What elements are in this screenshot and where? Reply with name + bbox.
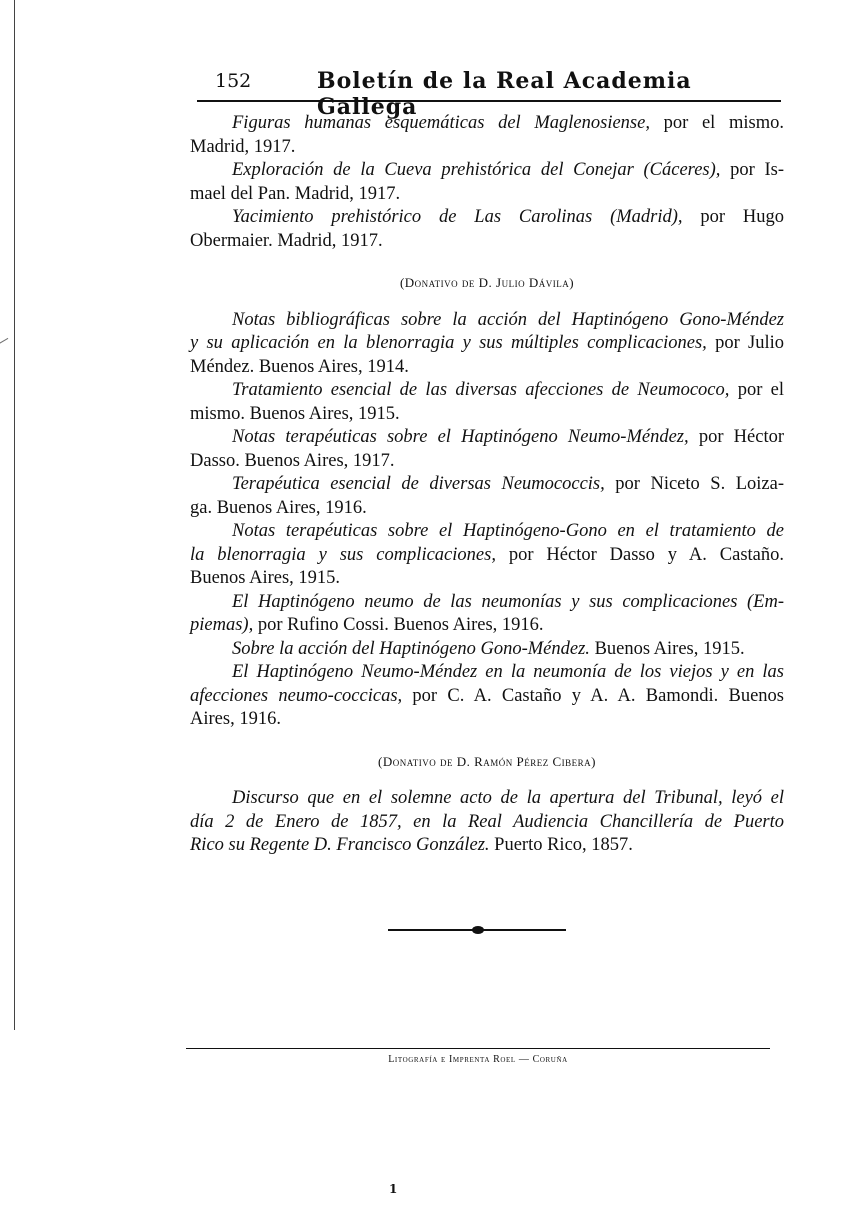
entry-line: Notas terapéuticas sobre el Haptinógeno-…	[190, 520, 784, 544]
entry-imprint-text: Buenos Aires, 1915.	[590, 639, 745, 659]
entry-line: Aires, 1916.	[190, 708, 784, 732]
entry-imprint-text: Aires, 1916.	[190, 709, 281, 729]
bibliography-entry: Exploración de la Cueva prehistórica del…	[190, 159, 784, 206]
entry-line: Notas bibliográficas sobre la acción del…	[190, 309, 784, 333]
bibliography-entry: El Haptinógeno neumo de las neumonías y …	[190, 591, 784, 638]
entry-line: piemas), por Rufino Cossi. Buenos Aires,…	[190, 614, 784, 638]
entry-imprint-text: por Julio	[707, 333, 784, 353]
entry-title-text: Notas terapéuticas sobre el Haptinógeno-…	[232, 521, 784, 541]
entry-title-text: Discurso que en el solemne acto de la ap…	[232, 788, 784, 808]
entry-imprint-text: por Hugo	[683, 207, 784, 227]
section-end-ornament	[388, 928, 566, 932]
bibliography-entry: Sobre la acción del Haptinógeno Gono-Mén…	[190, 638, 784, 662]
entry-line: la blenorragia y sus complicaciones, por…	[190, 544, 784, 568]
entry-imprint-text: Buenos Aires, 1915.	[190, 568, 340, 588]
entry-title-text: Yacimiento prehistórico de Las Carolinas…	[232, 207, 683, 227]
entry-title-text: día 2 de Enero de 1857, en la Real Audie…	[190, 812, 784, 832]
page-number: 152	[215, 70, 251, 92]
entries-group-3: Discurso que en el solemne acto de la ap…	[190, 787, 784, 858]
entry-line: El Haptinógeno neumo de las neumonías y …	[190, 591, 784, 615]
entry-title-text: El Haptinógeno Neumo-Méndez en la neumon…	[232, 662, 784, 682]
entry-imprint-text: por Is-	[720, 160, 784, 180]
entry-line: Méndez. Buenos Aires, 1914.	[190, 356, 784, 380]
bibliography-entry: Notas bibliográficas sobre la acción del…	[190, 309, 784, 380]
entry-imprint-text: Dasso. Buenos Aires, 1917.	[190, 451, 395, 471]
entry-imprint-text: Madrid, 1917.	[190, 137, 295, 157]
entry-line: El Haptinógeno Neumo-Méndez en la neumon…	[190, 661, 784, 685]
entry-title-text: Terapéutica esencial de diversas Neumoco…	[232, 474, 605, 494]
entry-imprint-text: Obermaier. Madrid, 1917.	[190, 231, 383, 251]
entry-line: Yacimiento prehistórico de Las Carolinas…	[190, 206, 784, 230]
entry-line: afecciones neumo-coccicas, por C. A. Cas…	[190, 685, 784, 709]
bibliography-entry: Notas terapéuticas sobre el Haptinógeno …	[190, 426, 784, 473]
entries-group-2: Notas bibliográficas sobre la acción del…	[190, 309, 784, 732]
entry-imprint-text: por Niceto S. Loiza-	[605, 474, 784, 494]
bibliography-entry: Notas terapéuticas sobre el Haptinógeno-…	[190, 520, 784, 591]
entry-title-text: Figuras humanas esquemáticas del Magleno…	[232, 113, 650, 133]
entry-line: Exploración de la Cueva prehistórica del…	[190, 159, 784, 183]
entry-title-text: Rico su Regente D. Francisco González.	[190, 835, 490, 855]
entry-title-text: Tratamiento esencial de las diversas afe…	[232, 380, 729, 400]
printer-imprint: Litografía e Imprenta Roel — Coruña	[186, 1054, 770, 1065]
donation-heading-1: (Donativo de D. Julio Dávila)	[190, 271, 784, 295]
entry-imprint-text: por C. A. Castaño y A. A. Bamondi. Bueno…	[402, 686, 784, 706]
entry-imprint-text: por el	[729, 380, 784, 400]
entry-title-text: El Haptinógeno neumo de las neumonías y …	[232, 592, 784, 612]
entry-title-text: y su aplicación en la blenorragia y sus …	[190, 333, 707, 353]
entry-line: día 2 de Enero de 1857, en la Real Audie…	[190, 811, 784, 835]
entry-imprint-text: por Rufino Cossi. Buenos Aires, 1916.	[253, 615, 543, 635]
entry-line: Figuras humanas esquemáticas del Magleno…	[190, 112, 784, 136]
bibliography-entry: Terapéutica esencial de diversas Neumoco…	[190, 473, 784, 520]
page-body: Figuras humanas esquemáticas del Magleno…	[190, 112, 784, 858]
bibliography-entry: El Haptinógeno Neumo-Méndez en la neumon…	[190, 661, 784, 732]
entry-title-text: Sobre la acción del Haptinógeno Gono-Mén…	[232, 639, 590, 659]
entry-title-text: piemas),	[190, 615, 253, 635]
entry-line: ga. Buenos Aires, 1916.	[190, 497, 784, 521]
entry-imprint-text: Puerto Rico, 1857.	[490, 835, 633, 855]
entry-line: Dasso. Buenos Aires, 1917.	[190, 450, 784, 474]
entry-line: Terapéutica esencial de diversas Neumoco…	[190, 473, 784, 497]
bibliography-entry: Discurso que en el solemne acto de la ap…	[190, 787, 784, 858]
entry-line: mismo. Buenos Aires, 1915.	[190, 403, 784, 427]
entry-line: Sobre la acción del Haptinógeno Gono-Mén…	[190, 638, 784, 662]
bibliography-entry: Yacimiento prehistórico de Las Carolinas…	[190, 206, 784, 253]
entry-line: Madrid, 1917.	[190, 136, 784, 160]
signature-mark: 1	[389, 1182, 397, 1196]
entry-imprint-text: Méndez. Buenos Aires, 1914.	[190, 357, 409, 377]
entry-title-text: Notas terapéuticas sobre el Haptinógeno …	[232, 427, 689, 447]
entry-title-text: Notas bibliográficas sobre la acción del…	[232, 310, 784, 330]
entry-title-text: la blenorragia y sus complicaciones,	[190, 545, 496, 565]
entry-imprint-text: por Héctor Dasso y A. Castaño.	[496, 545, 784, 565]
entry-imprint-text: por el mismo.	[650, 113, 784, 133]
page-header: 152 Boletín de la Real Academia Gallega	[197, 68, 781, 102]
entry-line: Obermaier. Madrid, 1917.	[190, 230, 784, 254]
scan-binding-edge	[14, 0, 17, 1030]
entry-line: Tratamiento esencial de las diversas afe…	[190, 379, 784, 403]
entry-imprint-text: ga. Buenos Aires, 1916.	[190, 498, 367, 518]
entry-title-text: Exploración de la Cueva prehistórica del…	[232, 160, 720, 180]
entry-line: Buenos Aires, 1915.	[190, 567, 784, 591]
entry-imprint-text: mael del Pan. Madrid, 1917.	[190, 184, 400, 204]
entry-line: Discurso que en el solemne acto de la ap…	[190, 787, 784, 811]
entry-line: Rico su Regente D. Francisco González. P…	[190, 834, 784, 858]
bibliography-entry: Tratamiento esencial de las diversas afe…	[190, 379, 784, 426]
entry-title-text: afecciones neumo-coccicas,	[190, 686, 402, 706]
donation-heading-2: (Donativo de D. Ramón Pérez Cibera)	[190, 750, 784, 774]
entry-line: y su aplicación en la blenorragia y sus …	[190, 332, 784, 356]
footer-rule	[186, 1048, 770, 1049]
bibliography-entry: Figuras humanas esquemáticas del Magleno…	[190, 112, 784, 159]
entry-imprint-text: mismo. Buenos Aires, 1915.	[190, 404, 400, 424]
entry-imprint-text: por Héctor	[689, 427, 784, 447]
entries-group-1: Figuras humanas esquemáticas del Magleno…	[190, 112, 784, 253]
ornament-center-dot	[472, 926, 484, 934]
entry-line: mael del Pan. Madrid, 1917.	[190, 183, 784, 207]
entry-line: Notas terapéuticas sobre el Haptinógeno …	[190, 426, 784, 450]
